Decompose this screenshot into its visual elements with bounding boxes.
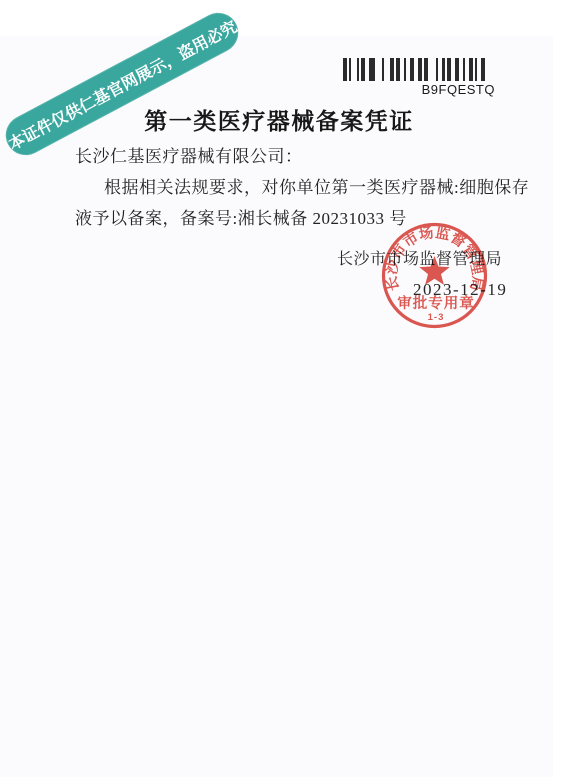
barcode: B9FQESTQ [343, 58, 495, 97]
barcode-gap [375, 58, 383, 81]
barcode-bars [343, 58, 485, 81]
certificate-page: 本证件仅供仁基官网展示，盗用必究 B9FQESTQ 第一类医疗器械备案凭证 长沙… [0, 0, 588, 777]
certificate-title: 第一类医疗器械备案凭证 [0, 103, 558, 136]
barcode-label: B9FQESTQ [343, 82, 495, 97]
barcode-gap [428, 58, 436, 81]
seal-label: 审批专用章 [397, 294, 475, 312]
official-seal-stamp: 长沙市市场监督管理局 审批专用章 1-3 [370, 210, 504, 344]
seal-serial: 1-3 [428, 312, 445, 323]
body-text-line-1: 根据相关法规要求，对你单位第一类医疗器械:细胞保存 [104, 173, 529, 198]
body-text-line-2: 液予以备案，备案号:湘长械备 20231033 号 [75, 204, 407, 229]
recipient-line: 长沙仁基医疗器械有限公司： [75, 142, 303, 167]
seal-star-icon [419, 256, 449, 285]
barcode-bar [481, 58, 485, 81]
